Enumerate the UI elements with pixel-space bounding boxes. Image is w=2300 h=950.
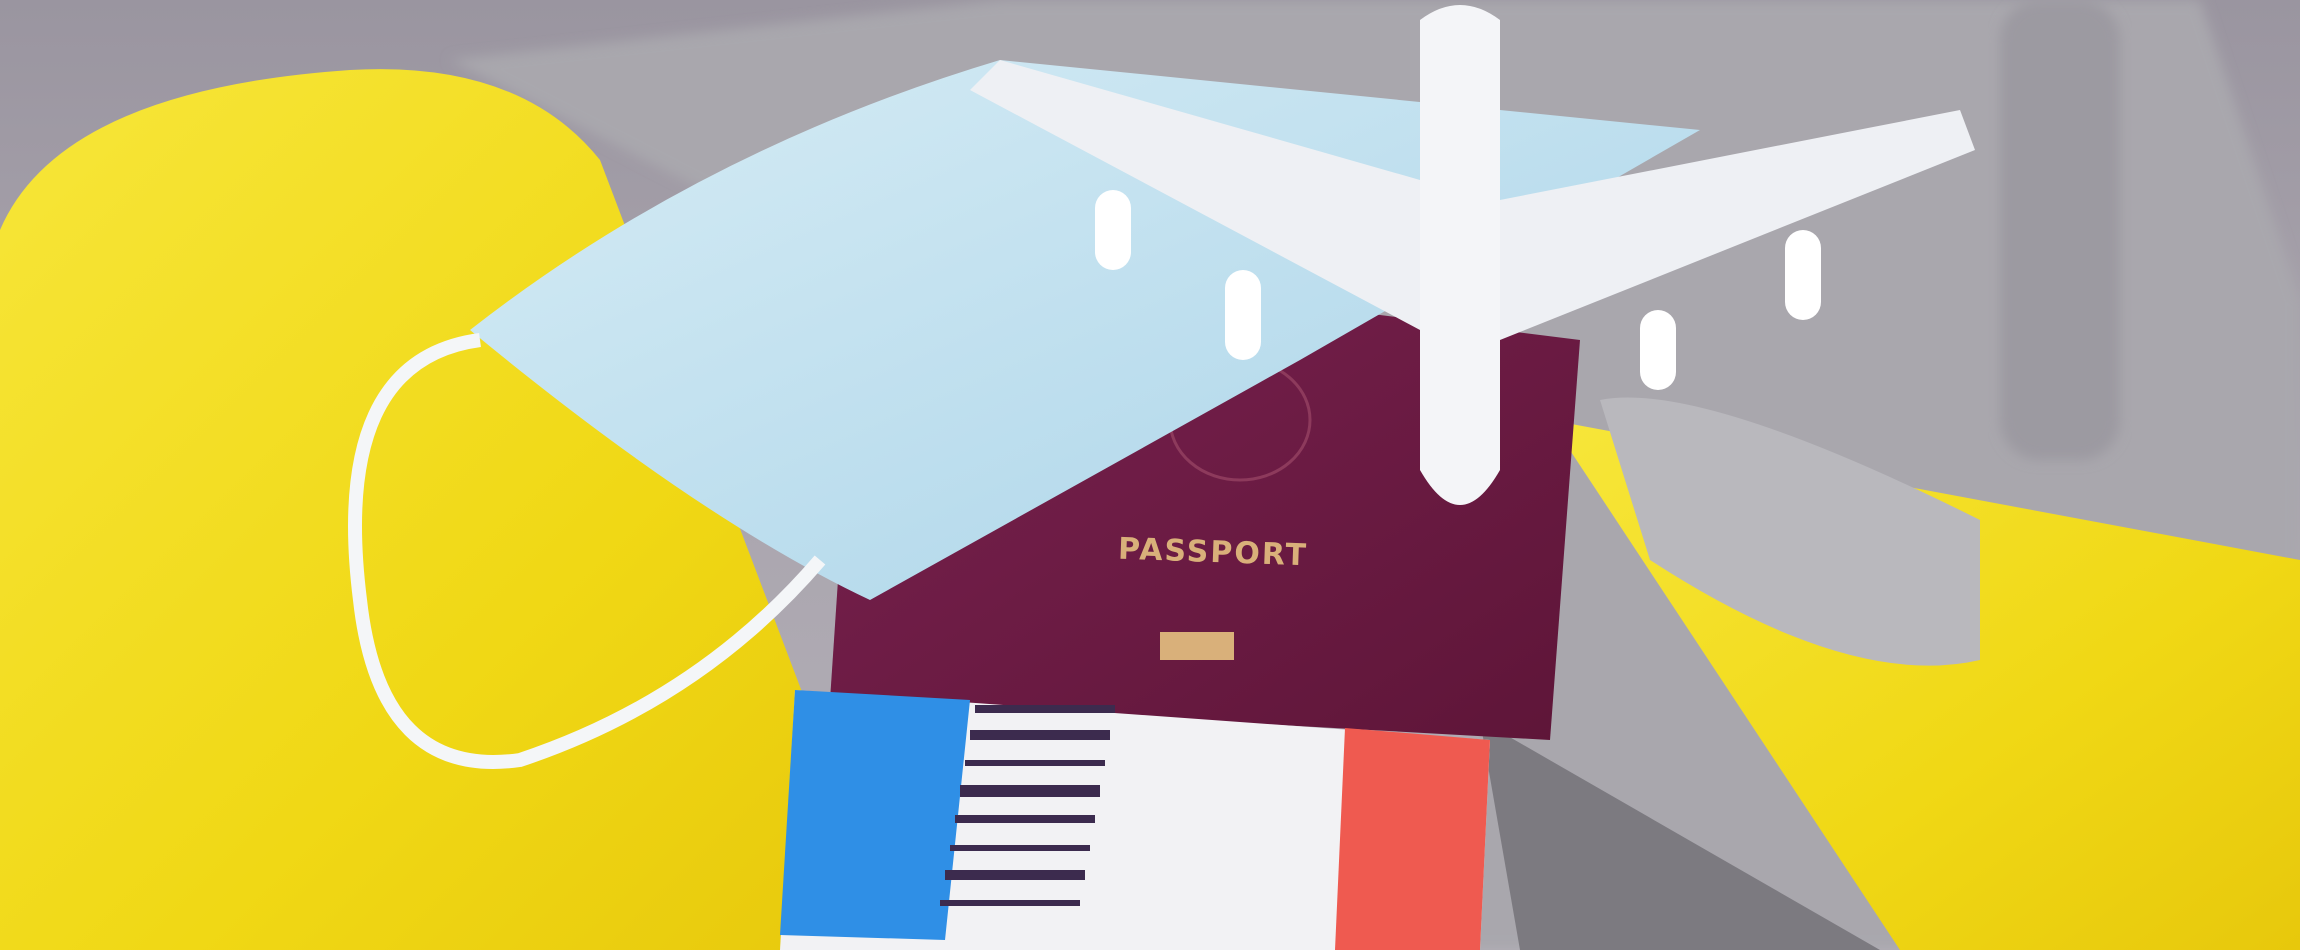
passport-cover-text: PASSPORT [1117, 532, 1308, 574]
toy-airplane [1420, 5, 1500, 505]
photo-illustration [0, 0, 2300, 950]
travel-photo: PASSPORT [0, 0, 2300, 950]
